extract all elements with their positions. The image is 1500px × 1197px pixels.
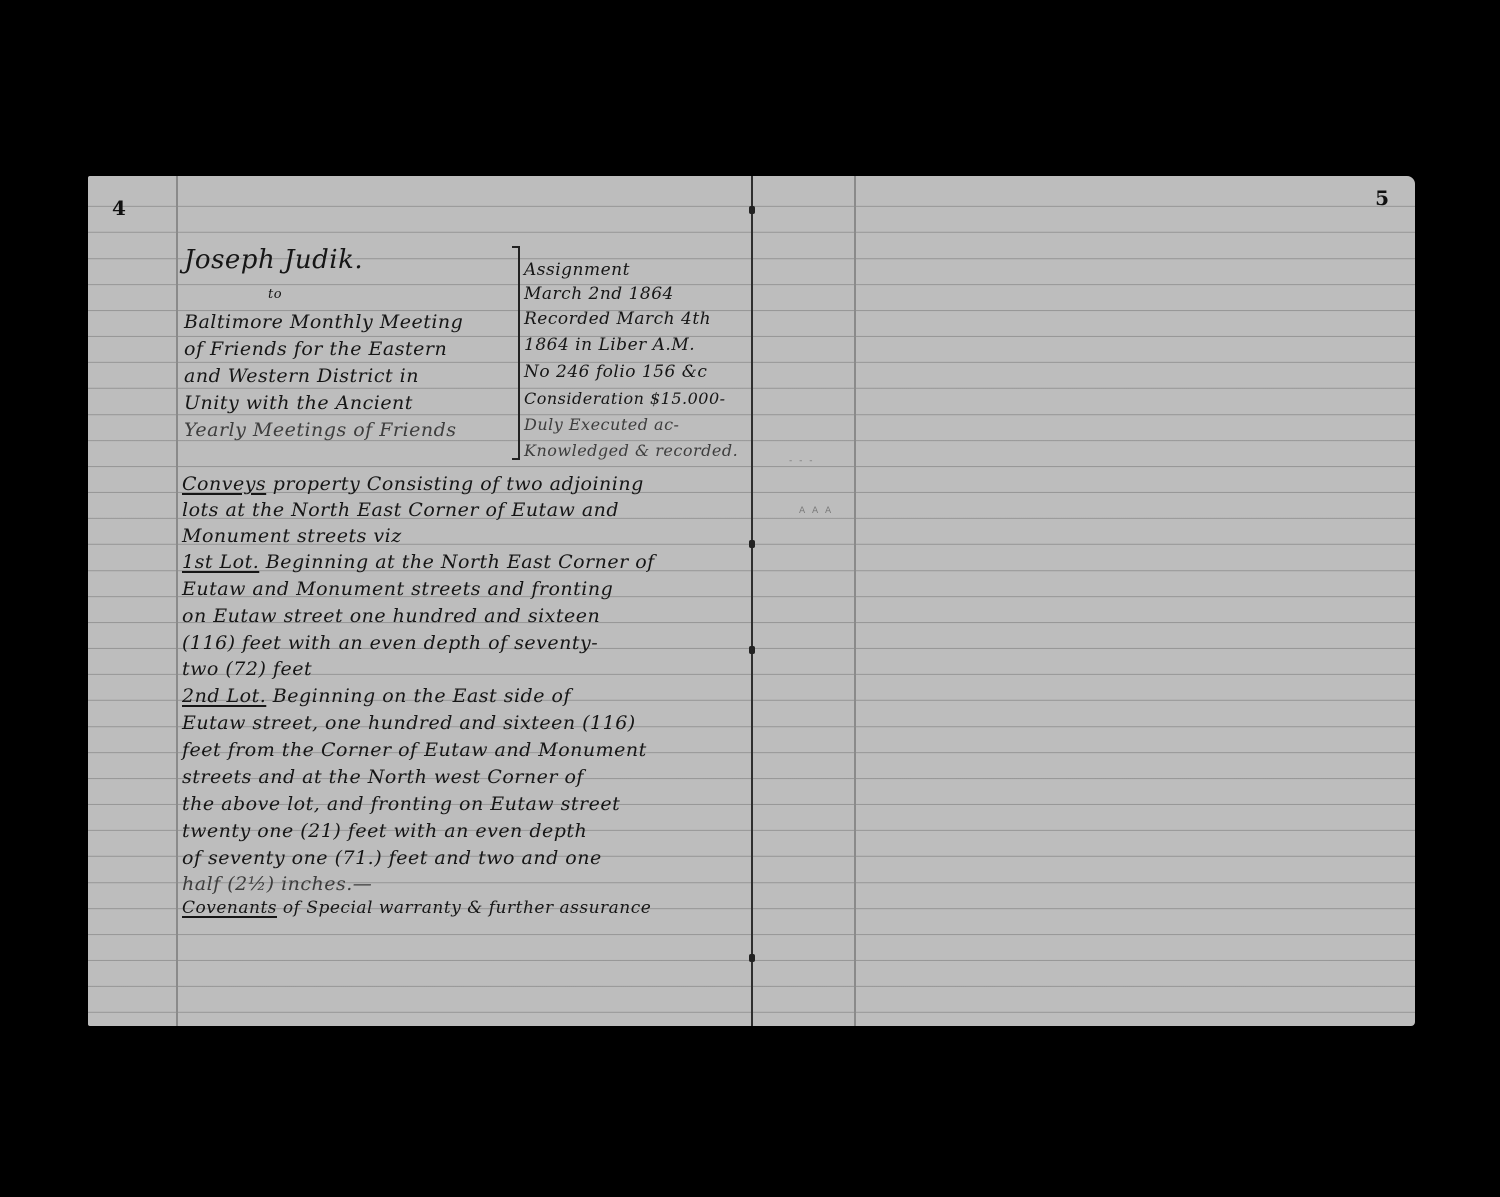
conveys-heading: Conveys bbox=[182, 473, 266, 495]
lot1-line-5: two (72) feet bbox=[182, 657, 312, 682]
lot1-line-3: on Eutaw street one hundred and sixteen bbox=[182, 604, 600, 629]
record-bracket bbox=[512, 246, 520, 460]
lot2-line-1: 2nd Lot. Beginning on the East side of bbox=[182, 684, 571, 709]
lot2-line-4: streets and at the North west Corner of bbox=[182, 765, 584, 790]
lot1-line-2: Eutaw and Monument streets and fronting bbox=[182, 577, 613, 602]
pencil-mark: - - - bbox=[789, 456, 814, 466]
lot2-text: Beginning on the East side of bbox=[266, 685, 571, 707]
lot1-line-1: 1st Lot. Beginning at the North East Cor… bbox=[182, 550, 655, 575]
grantor-name: Joseph Judik. bbox=[184, 248, 363, 273]
lot2-line-8: half (2½) inches.— bbox=[182, 872, 372, 897]
pencil-mark: A A A bbox=[799, 506, 833, 516]
record-note-line-4: 1864 in Liber A.M. bbox=[524, 333, 695, 358]
right-page: 5 - - - A A A bbox=[753, 176, 1415, 1026]
lot2-line-7: of seventy one (71.) feet and two and on… bbox=[182, 846, 602, 871]
record-note-line-3: Recorded March 4th bbox=[524, 307, 711, 332]
covenants-heading: Covenants bbox=[182, 898, 277, 918]
conveys-line-2: lots at the North East Corner of Eutaw a… bbox=[182, 498, 619, 523]
lot1-heading: 1st Lot. bbox=[182, 551, 259, 573]
grantee-line-4: Unity with the Ancient bbox=[184, 391, 413, 416]
lot2-line-3: feet from the Corner of Eutaw and Monume… bbox=[182, 738, 647, 763]
record-note-line-7: Duly Executed ac- bbox=[524, 412, 679, 437]
record-note-line-6: Consideration $15.000- bbox=[524, 386, 726, 411]
left-page: 4 Joseph Judik. to Baltimore Monthly Mee… bbox=[88, 176, 753, 1026]
lot2-line-5: the above lot, and fronting on Eutaw str… bbox=[182, 792, 620, 817]
lot1-text: Beginning at the North East Corner of bbox=[259, 551, 654, 573]
ledger-spread: 4 Joseph Judik. to Baltimore Monthly Mee… bbox=[88, 176, 1415, 1026]
grantee-line-2: of Friends for the Eastern bbox=[184, 337, 447, 362]
right-margin-rule bbox=[854, 176, 856, 1026]
record-note-line-2: March 2nd 1864 bbox=[524, 282, 674, 307]
record-note-line-5: No 246 folio 156 &c bbox=[524, 360, 707, 385]
conveys-text: property Consisting of two adjoining bbox=[266, 473, 644, 495]
lot1-line-4: (116) feet with an even depth of seventy… bbox=[182, 631, 598, 656]
lot2-line-2: Eutaw street, one hundred and sixteen (1… bbox=[182, 711, 636, 736]
grantee-line-1: Baltimore Monthly Meeting bbox=[184, 310, 463, 335]
lot2-line-6: twenty one (21) feet with an even depth bbox=[182, 819, 587, 844]
covenants-line: Covenants of Special warranty & further … bbox=[182, 896, 651, 921]
page-number-left: 4 bbox=[112, 196, 126, 220]
record-note-line-1: Assignment bbox=[524, 258, 630, 283]
grantee-line-5: Yearly Meetings of Friends bbox=[184, 418, 457, 443]
record-note-line-8: Knowledged & recorded. bbox=[524, 438, 738, 463]
conveys-line-1: Conveys property Consisting of two adjoi… bbox=[182, 472, 644, 497]
page-number-right: 5 bbox=[1375, 186, 1389, 210]
lot2-heading: 2nd Lot. bbox=[182, 685, 266, 707]
covenants-text: of Special warranty & further assurance bbox=[277, 898, 651, 918]
left-margin-rule bbox=[176, 176, 178, 1026]
grantee-line-3: and Western District in bbox=[184, 364, 419, 389]
parties-conjunction: to bbox=[268, 282, 282, 307]
conveys-line-3: Monument streets viz bbox=[182, 524, 402, 549]
